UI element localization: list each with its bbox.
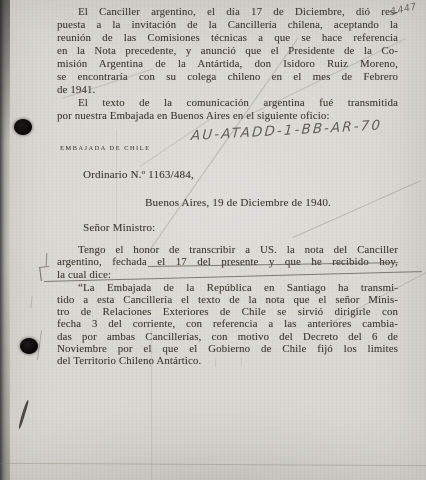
text-line: misión Argentina de la Antártida, don Is… <box>57 58 398 71</box>
paragraph-quoted-note: “La Embajada de la República en Santiago… <box>57 282 398 367</box>
salutation: Señor Ministro: <box>83 222 155 234</box>
crease-line <box>116 130 117 270</box>
text-line: en la Nota precedente, y anunció que el … <box>57 45 398 58</box>
ghost-mark <box>150 358 151 367</box>
text-line: tro de Relaciones Exteriores de Chile se… <box>57 306 398 318</box>
letterhead-embajada-de-chile: EMBAJADA DE CHILE <box>60 145 150 152</box>
text-line: Noviembre por el que el Gobierno de Chil… <box>57 343 398 355</box>
text-line: das por ambas Cancillerías, con motivo d… <box>57 331 398 343</box>
page-gutter-shadow <box>0 0 10 480</box>
punch-hole-bottom <box>20 338 38 354</box>
pencil-bracket <box>39 266 51 281</box>
punch-hole-top <box>14 119 32 135</box>
handwritten-page-number: 1447 <box>390 1 418 18</box>
text-line: de 1941. <box>57 84 398 97</box>
text-line: El Canciller argentino, el día 17 de Dic… <box>57 6 398 19</box>
pencil-margin-tick <box>30 296 33 308</box>
crease-line <box>151 330 152 480</box>
dateline: Buenos Aires, 19 de Diciembre de 1940. <box>145 197 331 209</box>
pencil-scratch <box>293 180 421 238</box>
text-line: puesta a la invitación de la Cancillería… <box>57 19 398 32</box>
text-line: “La Embajada de la República en Santiago… <box>57 282 398 294</box>
text-line: reunión de las Comisiones técnicas a que… <box>57 32 398 45</box>
ghost-mark <box>185 356 186 366</box>
ghost-mark <box>215 359 216 367</box>
text-line: Tengo el honor de transcribir a US. la n… <box>57 244 398 256</box>
scanned-document-page: El Canciller argentino, el día 17 de Dic… <box>0 0 426 480</box>
ghost-mark <box>241 357 242 366</box>
pencil-margin-tick <box>46 253 48 266</box>
crease-line <box>0 463 426 466</box>
text-line: tido a esta Cancillería el texto de la n… <box>57 294 398 306</box>
text-line: fecha 3 del corriente, con referencia a … <box>57 318 398 330</box>
ordinario-number-line: Ordinario N.º 1163/484, <box>83 169 194 181</box>
paragraph-summary: El Canciller argentino, el día 17 de Dic… <box>57 6 398 122</box>
text-line: del Territorio Chileno Antártico. <box>57 355 398 367</box>
text-line: El texto de la comunicación argentina fu… <box>57 97 398 110</box>
pen-mark <box>18 400 30 430</box>
